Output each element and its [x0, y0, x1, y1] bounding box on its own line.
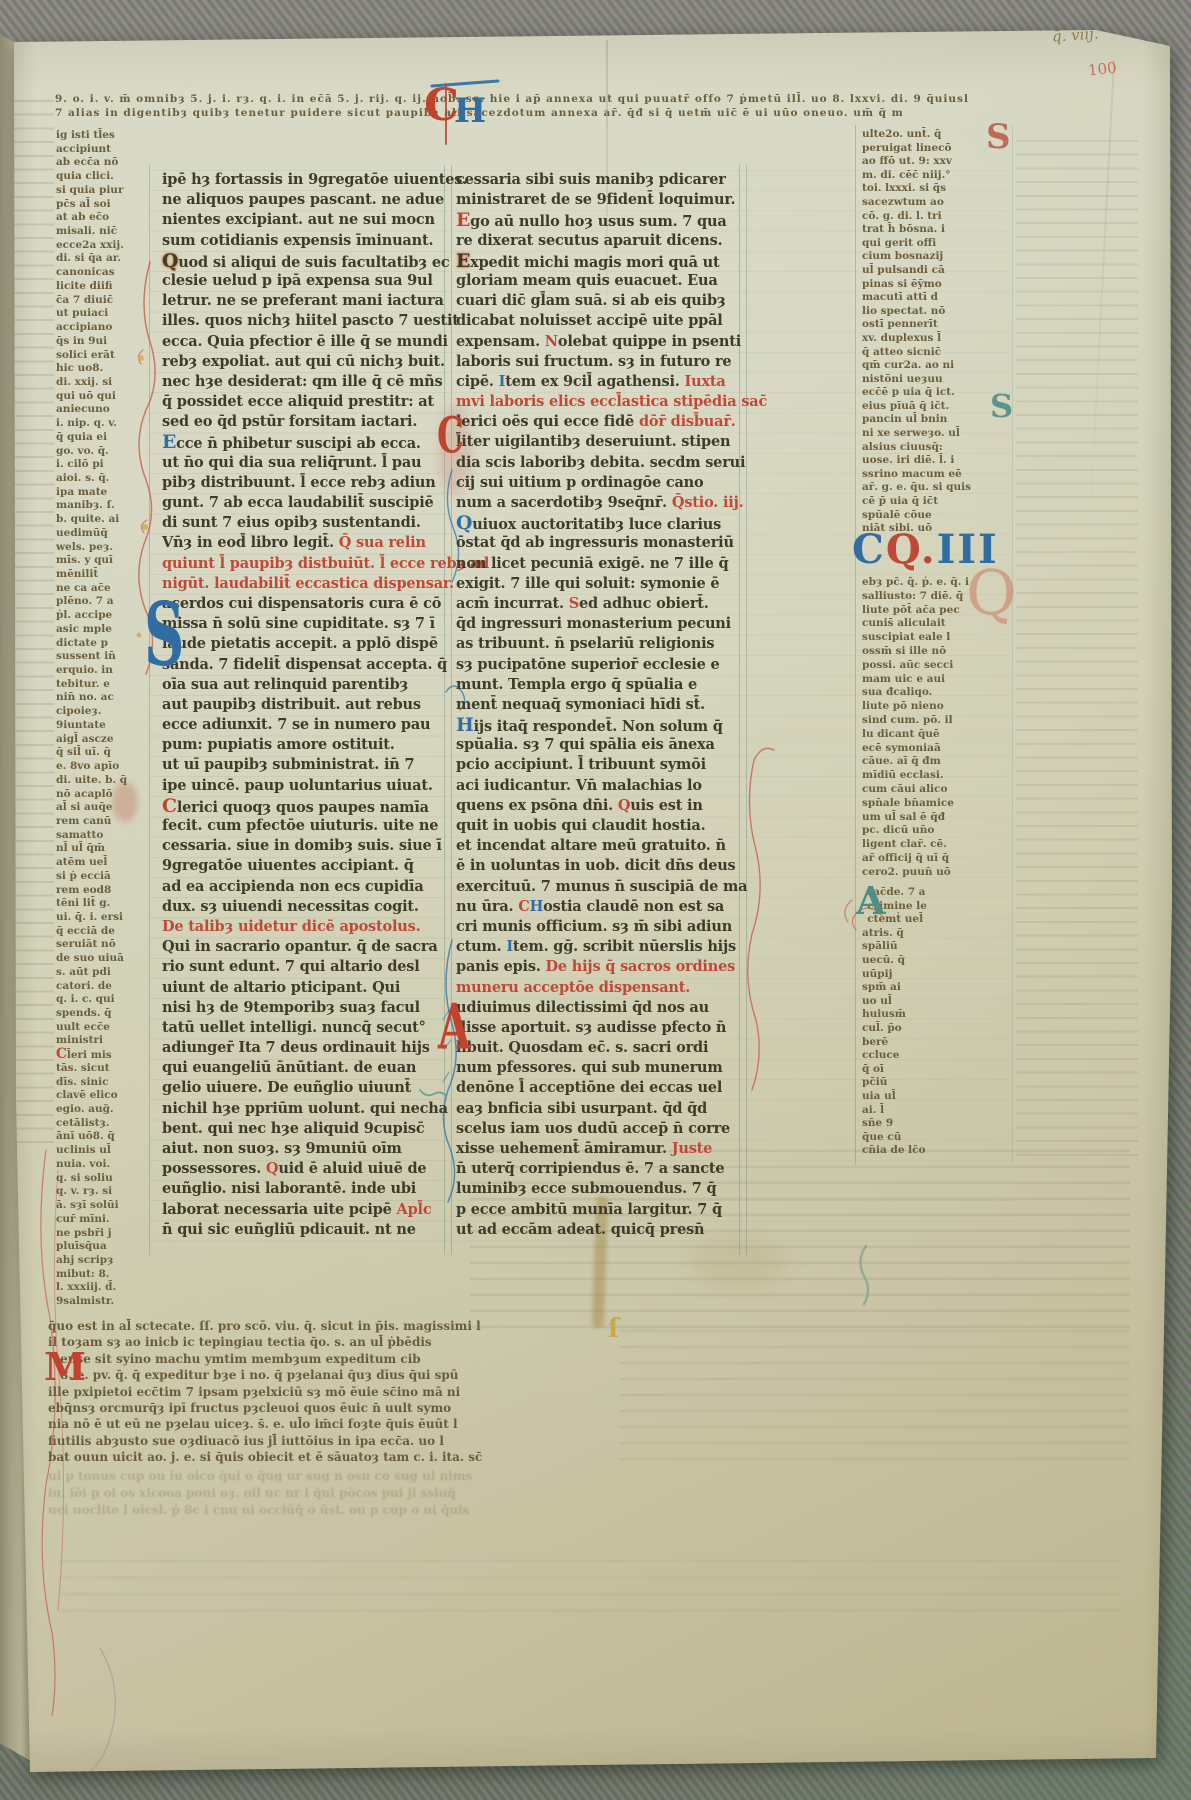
text-run: ē in uoluntas in uob. dicit dn̄s deus — [456, 857, 736, 874]
text-run: mēnilit̄ — [56, 568, 98, 580]
text-run: m. di. cēc̄ niij.° — [862, 169, 951, 181]
text-run: N — [545, 333, 558, 350]
text-run: fiutilis abȝusto sue oȝdiuacō ius jl̄ iu… — [48, 1434, 444, 1448]
gloss-line: nia nō ē ut eū ne pȝelau uiceȝ. s̄. e. u… — [48, 1416, 668, 1432]
text-line: ecca. Quia pfectior ē ille q̄ se mundi — [162, 332, 446, 352]
gloss-line: aniecuno — [56, 403, 152, 417]
gloss-line: sussent in̄ — [56, 650, 152, 664]
text-run: lu dicant q̄uē — [862, 728, 940, 740]
text-run: mam uic e aui — [862, 673, 945, 685]
gloss-line: rem eod8 — [56, 884, 152, 898]
gloss-line: mibut: 8. — [56, 1268, 152, 1282]
text-run: I — [506, 938, 513, 955]
text-run: spūalē cōue — [862, 509, 932, 521]
text-run: cij sui uitium p ordinagōe cano — [456, 474, 704, 491]
right-margin-gloss-top: ulte2o. unt̄. q̄peruigat linecōao ffō ut… — [862, 128, 1012, 536]
gloss-line: atris. q̄ — [862, 927, 1012, 941]
gold-paraph-mark: ſ — [608, 1316, 619, 1342]
text-run: sȝ pucipatōne superior̄ ecclesie e — [456, 656, 720, 673]
text-run: ai. l̄ — [862, 1104, 884, 1116]
drop-cap: Q — [162, 250, 178, 272]
gloss-line: spāliū — [862, 940, 1012, 954]
gloss-line: uo ul̄ — [862, 995, 1012, 1009]
text-line: nisi hȝ de 9temporibȝ suaȝ facul — [162, 998, 446, 1018]
text-run: dux. sȝ uiuendi necessitas cogit. — [162, 898, 419, 915]
text-line: scelus iam uos dudū accep̄ n̄ corre — [456, 1119, 740, 1139]
text-run: canonicas — [56, 266, 115, 278]
gloss-line: cē p̄ uia q̄ ic̄t — [862, 495, 1012, 509]
gloss-line: ahj scripȝ — [56, 1254, 152, 1268]
text-line: num pfessores. qui sub munerum — [456, 1058, 740, 1078]
gloss-line: egio. aug̃. — [56, 1103, 152, 1117]
text-run: num a sacerdotibȝ 9seq̄nr̄. — [456, 494, 672, 511]
gloss-line: q̄s in 9ui — [56, 335, 152, 349]
text-run: di. xxij. si — [56, 376, 112, 388]
gloss-line: i. cilō pi — [56, 458, 152, 472]
text-run: laboris sui fructum. sȝ in futuro re — [456, 353, 731, 370]
ghost-line — [48, 1519, 1128, 1536]
text-line: et incendat altare meū gratuito. n̄ — [456, 836, 740, 856]
gloss-line: licite diifi — [56, 280, 152, 294]
text-run: spāliū — [862, 940, 898, 952]
gloss-line: qm̄ cur2a. ao ni — [862, 359, 1012, 373]
text-run: seruiāt nō — [56, 938, 116, 950]
text-line: ctum. Item. gḡ. scribit nūerslis hijs — [456, 937, 740, 957]
drop-cap: E — [162, 431, 176, 453]
gloss-line: possi. aūc secci — [862, 659, 1012, 673]
text-line: ne aliquos paupes pascant. ne adue — [162, 190, 446, 210]
gloss-line: ab ecc̄a nō — [56, 156, 152, 170]
text-run: dīs. sinic — [56, 1076, 108, 1088]
text-run: n̄ uterq̄ corripiendus ē. 7 a sancte — [456, 1160, 724, 1177]
text-run: pluīsq̄ua — [56, 1240, 107, 1252]
text-run: udiuimus dilectissimi q̄d nos au — [456, 999, 709, 1016]
text-run: aut paupibȝ distribuit. aut rebus — [162, 696, 421, 713]
gloss-line: uia ul̄ — [862, 1090, 1012, 1104]
gloss-line: aioi. s. q̄. — [56, 472, 152, 486]
gloss-line: mīdiū ecclasi. — [862, 769, 1012, 783]
text-run: qui euangeliū ānūtiant. de euan — [162, 1059, 416, 1076]
text-line: letrur. ne se preferant mani iactura — [162, 291, 446, 311]
text-run: nigūt. laudabilit̄ eccastica dispensar. — [162, 575, 454, 592]
gloss-line: go. vo. q̄. — [56, 445, 152, 459]
text-line: qui euangeliū ānūtiant. de euan — [162, 1058, 446, 1078]
gloss-line: um ul̄ sal ē q̄đ — [862, 811, 1012, 825]
gloss-line: trat h̄ bōsna. i — [862, 223, 1012, 237]
text-run: illes. quos nichȝ hiitel pascto 7 uestit — [162, 312, 459, 329]
text-run: acm̄ incurrat. — [456, 595, 569, 612]
gloss-line: uclinis ul̄ — [56, 1144, 152, 1158]
gloss-line: ni xe serweȝo. ul̄ — [862, 427, 1012, 441]
text-line: dia scis laboribȝ debita. secdm serui — [456, 453, 740, 473]
gloss-line: spūalē cōue — [862, 509, 1012, 523]
text-run: e. 8vo apīo — [56, 760, 119, 772]
gloss-line: si ṗ ecciā — [56, 870, 152, 884]
text-line: quiunt l̄ paupibȝ distbuiūt. l̄ ecce reb… — [162, 554, 446, 574]
text-run: luminibȝ ecce submouendus. 7 q̄ — [456, 1180, 717, 1197]
text-line: disse aportuit. sȝ audisse pfecto n̄ — [456, 1018, 740, 1038]
text-line: tatū uellet intelligi. nuncq̄ secut° — [162, 1018, 446, 1038]
gloss-line: sacezwtum ao — [862, 196, 1012, 210]
text-line: n̄ qui sic euñgliū pdicauit. nt ne — [162, 1220, 446, 1240]
initial-red-a-audiuimus: A — [438, 996, 471, 1059]
gloss-line: misali. nic̄ — [56, 225, 152, 239]
text-run: quit in uobis qui claudit hostia. — [456, 817, 705, 834]
text-run: qui uō qui — [56, 390, 116, 402]
text-run: xv. duplexus l̄ — [862, 332, 941, 344]
text-run: si ṗ ecciā — [56, 870, 111, 882]
text-run: q̄ quia ei — [56, 431, 107, 443]
text-line: Quod si aliqui de suis facultatibȝ ec — [162, 251, 446, 271]
text-line: gunt. 7 ab ecca laudabilit̄ suscipiē — [162, 493, 446, 513]
text-run: ne ca ac̄e — [56, 582, 111, 594]
text-line: bent. qui nec hȝe aliquid 9cupisc̄ — [162, 1119, 446, 1139]
text-line: aiut. non suoȝ. sȝ 9muniū oīm — [162, 1139, 446, 1159]
gloss-line: q̄ue cū — [862, 1131, 1012, 1145]
text-run: cipē. — [456, 373, 499, 390]
gloss-line: b. quite. ai — [56, 513, 152, 527]
text-run: nientes excipiant. aut ne sui mocn — [162, 211, 435, 228]
text-run: q̄ ecciā de — [56, 925, 115, 937]
folio-number: 100 — [1087, 59, 1117, 80]
text-run: ut n̄o qui dia sua reliq̄runt. l̄ pau — [162, 454, 421, 471]
text-run: di. uite. b. q̄ — [56, 774, 127, 786]
gloss-line: uose. iri diē. l̄. i — [862, 454, 1012, 468]
gloss-line: cō. g. di. l. tri — [862, 210, 1012, 224]
text-line: acm̄ incurrat. Sed adhuc obiert̄. — [456, 594, 740, 614]
text-line: exigit. 7 ille qui soluit: symonie ē — [456, 574, 740, 594]
text-run: mīs. y quī — [56, 554, 113, 566]
text-run: l̄iter uigilantibȝ deseruiunt. stipen — [456, 433, 730, 450]
text-line: n̄ uterq̄ corripiendus ē. 7 a sancte — [456, 1159, 740, 1179]
text-run: ille pxipietoi ecc̄tim 7 ipsam pȝelxiciū… — [48, 1385, 460, 1399]
text-line: Expedit michi magis mori quā ut — [456, 251, 740, 271]
text-run: oīa sua aut relinquid parentibȝ — [162, 676, 408, 693]
quaestio-c: C — [852, 526, 886, 573]
text-run: rem canū — [56, 815, 111, 827]
text-run: samatto — [56, 829, 103, 841]
text-run: uod si aliqui de suis facultatibȝ ec — [178, 254, 449, 271]
gloss-line: di. uite. b. q̄ — [56, 774, 152, 788]
text-run: q̄ue cū — [862, 1131, 901, 1143]
text-run: atēm uel̄ — [56, 856, 107, 868]
gloss-line: berē — [862, 1036, 1012, 1050]
gloss-line: m. di. cēc̄ niij.° — [862, 169, 1012, 183]
gloss-line: bat ouun uicit ao. j. e. si q̄uis obieci… — [48, 1449, 668, 1465]
text-run: spūalia. sȝ 7 qui spālia eis ānexa — [456, 736, 715, 753]
text-run: lerici oēs qui ecce fidē — [456, 413, 639, 430]
gloss-line: ministri — [56, 1034, 152, 1048]
text-run: wels. peȝ. — [56, 541, 113, 553]
text-run: ig isti tl̄es — [56, 129, 115, 141]
text-run: pc̄s al̄ soi — [56, 198, 111, 210]
text-run: S — [569, 595, 579, 612]
text-line: ad ea accipienda non ecs cupidīa — [162, 877, 446, 897]
text-run: exigit. 7 ille qui soluit: symonie ē — [456, 575, 719, 592]
text-run: H — [530, 898, 544, 915]
text-run: 9iuntate — [56, 719, 106, 731]
text-run: sn̄e 9 — [862, 1117, 893, 1129]
text-line: pibȝ distribuunt. l̄ ecce rebȝ adiun — [162, 473, 446, 493]
text-run: alsius ciuusq̄: — [862, 441, 943, 453]
text-run: sanda. 7 fidelit̄ dispensat accepta. q̄ — [162, 656, 447, 673]
text-run: sind cum. pō. il — [862, 714, 953, 726]
text-line: nu ūra. CHostia claudē non est sa — [456, 897, 740, 917]
text-run: b. quite. ai — [56, 513, 119, 525]
text-run: uecū. q̄ — [862, 954, 905, 966]
text-line: laude pietatis accepit. a pplō dispē — [162, 634, 446, 654]
text-run: uedimūq̄ — [56, 527, 108, 539]
text-run: spn̄ale bn̄amice — [862, 797, 954, 809]
text-line: acerdos cui dispensatoris cura ē cō — [162, 594, 446, 614]
gloss-line: uecū. q̄ — [862, 954, 1012, 968]
text-run: xpedit michi magis mori quā ut — [470, 254, 719, 271]
text-run: ssrino macum eē — [862, 468, 962, 480]
gloss-line: q. v. rȝ. si — [56, 1185, 152, 1199]
text-run: exercituū. 7 munus n̄ suscipiā de ma — [456, 878, 747, 895]
text-run: possessores. — [162, 1160, 266, 1177]
text-run: ecca. Quia pfectior ē ille q̄ se mundi — [162, 333, 448, 350]
gloss-line: tēni lit̄ g. — [56, 897, 152, 911]
text-run: ebq̄nsȝ orcmurq̄ȝ ipī fructus pȝcleuoi q… — [48, 1401, 451, 1415]
text-run: manibȝ. ſ. — [56, 499, 115, 511]
text-line: Qui in sacrario opantur. q̄ de sacra — [162, 937, 446, 957]
text-run: cunis̄ aliculait — [862, 617, 946, 629]
quaestio-q: Q. — [886, 526, 937, 573]
ghost-line: ui p tonus cup ou iu oico q̄ui o q̄ug ur… — [48, 1468, 1128, 1485]
text-run: nl̄ ul̄ q̄m̄ — [56, 842, 105, 854]
gloss-line: q. si soliu — [56, 1172, 152, 1186]
text-run: cum cāui alico — [862, 783, 947, 795]
text-run: aioi. s. q̄. — [56, 472, 109, 484]
ch-ornament-blue-h: H — [454, 94, 486, 128]
text-line: denōne l̄ acceptiōne dei eccas uel — [456, 1078, 740, 1098]
gloss-line: Cl̄eri mis — [56, 1048, 152, 1062]
text-run: toi. lxxxi. si q̄s — [862, 182, 946, 194]
text-run: ministri — [56, 1034, 103, 1046]
gloss-line: manibȝ. ſ. — [56, 499, 152, 513]
text-run: ne psbr̄i j — [56, 1227, 112, 1239]
gloss-line: canonicas — [56, 266, 152, 280]
text-line: Ecce n̄ phibetur suscipi ab ecca. — [162, 432, 446, 452]
text-run: Vn̄ȝ in eod̄ libro legit̄. — [162, 534, 339, 551]
text-run: num pfessores. qui sub munerum — [456, 1059, 723, 1076]
text-line: ōstat q̄d ab ingressuris monasteriū — [456, 533, 740, 553]
text-run: huiusm̄ — [862, 1008, 906, 1020]
text-run: ni xe serweȝo. ul̄ — [862, 427, 960, 439]
gloss-line: 9iuntate — [56, 719, 152, 733]
gloss-line: tās. sicut — [56, 1062, 152, 1076]
main-text-column-right: cessaria sibi suis manibȝ pdicarerminist… — [456, 170, 740, 1240]
text-run: ui p tonus cup ou iu oico q̄ui o q̄ug ur… — [48, 1469, 472, 1483]
text-line: nientes excipiant. aut ne sui mocn — [162, 210, 446, 230]
top-margin-gloss: 9. o. i. v. m̄ omnibȝ 5. j. i. rȝ. q. i.… — [55, 92, 1015, 120]
text-run: euñglio. nisi laborantē. inde ubi — [162, 1180, 416, 1197]
text-line: ipe uincē. paup uoluntarius uiuat. — [162, 776, 446, 796]
text-run: pc̄iū — [862, 1076, 887, 1088]
text-run: uia ul̄ — [862, 1090, 896, 1102]
text-run: De talibȝ uidetur dicē apostolus. — [162, 918, 420, 935]
gloss-line: alsius ciuusq̄: — [862, 441, 1012, 455]
text-run: uo ul̄ — [862, 995, 892, 1007]
text-run: atris. q̄ — [862, 927, 904, 939]
text-run: ment̄ nequaq̄ symoniaci hīdi st̄. — [456, 696, 705, 713]
text-line: gelio uiuere. De euñglio uiuunt̄ — [162, 1078, 446, 1098]
text-line: De talibȝ uidetur dicē apostolus. — [162, 917, 446, 937]
text-run: peruigat linecō — [862, 142, 952, 154]
gloss-line: si quia piur — [56, 184, 152, 198]
gloss-line: qui uō qui — [56, 390, 152, 404]
gloss-line: cum cāui alico — [862, 783, 1012, 797]
gloss-line: ipa mate — [56, 486, 152, 500]
text-run: n̄ qui sic euñgliū pdicauit. nt ne — [162, 1221, 416, 1238]
text-run: cessaria. siue in domibȝ suis. siue ī — [162, 837, 442, 854]
gloss-line: rem canū — [56, 815, 152, 829]
text-line: dux. sȝ uiuendi necessitas cogit. — [162, 897, 446, 917]
text-line: Hijs itaq̄ respondet̄. Non solum q̄ — [456, 715, 740, 735]
text-run: q̄ sil̄ uī. q̄ — [56, 746, 111, 758]
text-line: ē in uoluntas in uob. dicit dn̄s deus — [456, 856, 740, 876]
text-line: libuit. Quosdam ec̄. s. sacri ordi — [456, 1038, 740, 1058]
text-line: lerici oēs qui ecce fidē dōr̄ disb̄uar̄. — [456, 412, 740, 432]
gloss-line: accipiunt — [56, 143, 152, 157]
text-run: uis est in — [630, 797, 702, 814]
text-line: gloriam meam quis euacuet. Eua — [456, 271, 740, 291]
gloss-line: samatto — [56, 829, 152, 843]
text-run: sed eo q̄d pstūr forsitam iactari. — [162, 413, 417, 430]
gloss-line: di. si q̄a ar. — [56, 252, 152, 266]
gloss-line: ecce2a xxij. — [56, 239, 152, 253]
text-run: ipe uincē. paup uoluntarius uiuat. — [162, 777, 433, 794]
gloss-line: q̄ oī — [862, 1063, 1012, 1077]
text-run: solici erāt — [56, 349, 115, 361]
text-run: missa n̄ solū sine cupiditate. sȝ 7 ī — [162, 615, 435, 632]
text-run: cē p̄ uia q̄ ic̄t — [862, 495, 938, 507]
text-run: ut puiaci — [56, 307, 108, 319]
ghost-line: iu. iōi p oi os xicooa poui oȝ. oil uc n… — [48, 1485, 1128, 1502]
text-run: uci uoclite l oicsl. ṗ 8c i cnu ui occiū… — [48, 1503, 469, 1517]
text-run: rem eod8 — [56, 884, 111, 896]
gloss-line: pinas si ēȳmo — [862, 278, 1012, 292]
text-run: Q — [266, 1160, 278, 1177]
drop-cap: C — [162, 795, 177, 817]
text-run: uose. iri diē. l̄. i — [862, 454, 954, 466]
text-run: q̄ possidet ecce aliquid prestitr: at — [162, 393, 434, 410]
text-run: nin̄ no. ac — [56, 691, 114, 703]
text-line: quens ex psōna dn̄i. Quis est in — [456, 796, 740, 816]
gloss-line: nl̄ ul̄ q̄m̄ — [56, 842, 152, 856]
gloss-line: cul̄. p̄o — [862, 1022, 1012, 1036]
text-line: spūalia. sȝ 7 qui spālia eis ānexa — [456, 735, 740, 755]
gloss-line: l. xxxiij. d̄. — [56, 1281, 152, 1295]
text-run: nichil hȝe ppriūm uolunt. qui necha — [162, 1100, 448, 1117]
text-run: q. i. c. qui — [56, 993, 115, 1005]
text-line: quit in uobis qui claudit hostia. — [456, 816, 740, 836]
text-run: q̄ atteo sicnic̄ — [862, 346, 941, 358]
text-run: ulte2o. unt̄. q̄ — [862, 128, 941, 140]
text-run: ostia claudē non est sa — [543, 898, 724, 915]
gloss-line: tebitur. e — [56, 678, 152, 692]
text-run: ānī uō8. q̄ — [56, 1130, 115, 1142]
text-run: re dixerat secutus aparuit dicens. — [456, 232, 722, 249]
text-run: uiuox auctoritatibȝ luce clarius — [472, 516, 721, 533]
text-run: ctum. — [456, 938, 506, 955]
text-run: sua đcaliqo. — [862, 686, 932, 698]
text-line: ipē hȝ fortassis in 9gregatōe uiuentes. — [162, 170, 446, 190]
gloss-line: pc̄s al̄ soi — [56, 198, 152, 212]
text-run: mīdiū ecclasi. — [862, 769, 944, 781]
text-run: plēno. 7 a — [56, 595, 114, 607]
text-run: quens ex psōna dn̄i. — [456, 797, 618, 814]
text-run: muneru acceptōe dispensant. — [456, 979, 690, 996]
text-run: egio. aug̃. — [56, 1103, 114, 1115]
text-run: libuit. Quosdam ec̄. s. sacri ordi — [456, 1039, 708, 1056]
text-line: mvi laboris elics eccl̄astica stipēdia s… — [456, 392, 740, 412]
text-run: quiunt l̄ paupibȝ distbuiūt. l̄ ecce reb… — [162, 555, 489, 572]
text-run: liute pōt̄ ac̄a pec — [862, 604, 960, 616]
text-run: trat h̄ bōsna. i — [862, 223, 945, 235]
text-run: misali. nic̄ — [56, 225, 117, 237]
text-run: l. xxxiij. d̄. — [56, 1281, 116, 1293]
text-run: nec hȝe desiderat: qm ille q̄ cē mñs — [162, 373, 442, 390]
text-run: ahj scripȝ — [56, 1254, 113, 1266]
gloss-line: ui. q̄. i. ersi — [56, 911, 152, 925]
text-run: accipiunt — [56, 143, 111, 155]
gloss-line: nistōni ueȝuu — [862, 373, 1012, 387]
gloss-line: pc. dicū un̄o — [862, 824, 1012, 838]
gloss-line: mīs. y quī — [56, 554, 152, 568]
text-run: ed adhuc obiert̄. — [579, 595, 709, 612]
text-run: cessaria sibi suis manibȝ pdicarer — [456, 171, 726, 188]
text-run: cium bosnazij — [862, 250, 943, 262]
gloss-line: q̄ quia ei — [56, 431, 152, 445]
text-run: Iuxta — [685, 373, 726, 390]
text-run: ui. q̄. i. ersi — [56, 911, 123, 923]
gloss-line: cipoieȝ. — [56, 705, 152, 719]
gloss-line: asic mple — [56, 623, 152, 637]
gloss-line: plēno. 7 a — [56, 595, 152, 609]
text-run: 9gregatōe uiuentes accipiant. q̄ — [162, 857, 414, 874]
text-line: nigūt. laudabilit̄ eccastica dispensar. — [162, 574, 446, 594]
text-run: fecit. cum pfectōe uiuturis. uite ne — [162, 817, 438, 834]
text-run: panis epis. — [456, 958, 546, 975]
text-line: cipē. Item ex 9cil̄ agathensi. Iuxta — [456, 372, 740, 392]
text-run: ostī pennerīt — [862, 318, 938, 330]
text-run: pancin ul̄ bnin — [862, 413, 947, 425]
text-run: C — [518, 898, 529, 915]
text-line: sed eo q̄d pstūr forsitam iactari. — [162, 412, 446, 432]
text-line: luminibȝ ecce submouendus. 7 q̄ — [456, 1179, 740, 1199]
text-line: adiunger̄ Ita 7 deus ordinauit hijs — [162, 1038, 446, 1058]
gloss-line: quia clici. — [56, 170, 152, 184]
text-run: spm̄ ai — [862, 981, 901, 993]
text-line: Vn̄ȝ in eod̄ libro legit̄. Q̄ sua relin — [162, 533, 446, 553]
text-run: sum cotidianis expensis īminuant. — [162, 232, 433, 249]
gloss-line: ostī pennerīt — [862, 318, 1012, 332]
gloss-line: c̄a 7 diuic̄ — [56, 294, 152, 308]
gloss-line: spends. q̄ — [56, 1007, 152, 1021]
text-run: disse aportuit. sȝ audisse pfecto n̄ — [456, 1019, 726, 1036]
text-line: laboris sui fructum. sȝ in futuro re — [456, 352, 740, 372]
text-run: bent. qui nec hȝe aliquid 9cupisc̄ — [162, 1120, 425, 1137]
parchment-page: q̄. viij. 100 9. o. i. v. m̄ omnibȝ 5. j… — [0, 0, 1191, 1800]
text-line: muneru acceptōe dispensant. — [456, 978, 740, 998]
drop-cap: E — [456, 250, 470, 272]
gloss-line: q̄ atteo sicnic̄ — [862, 346, 1012, 360]
text-run: cero2. puun̄ uō — [862, 866, 951, 878]
gloss-line: cium bosnazij — [862, 250, 1012, 264]
text-line: laborat necessaria uite pcipē Apl̄c — [162, 1200, 446, 1220]
